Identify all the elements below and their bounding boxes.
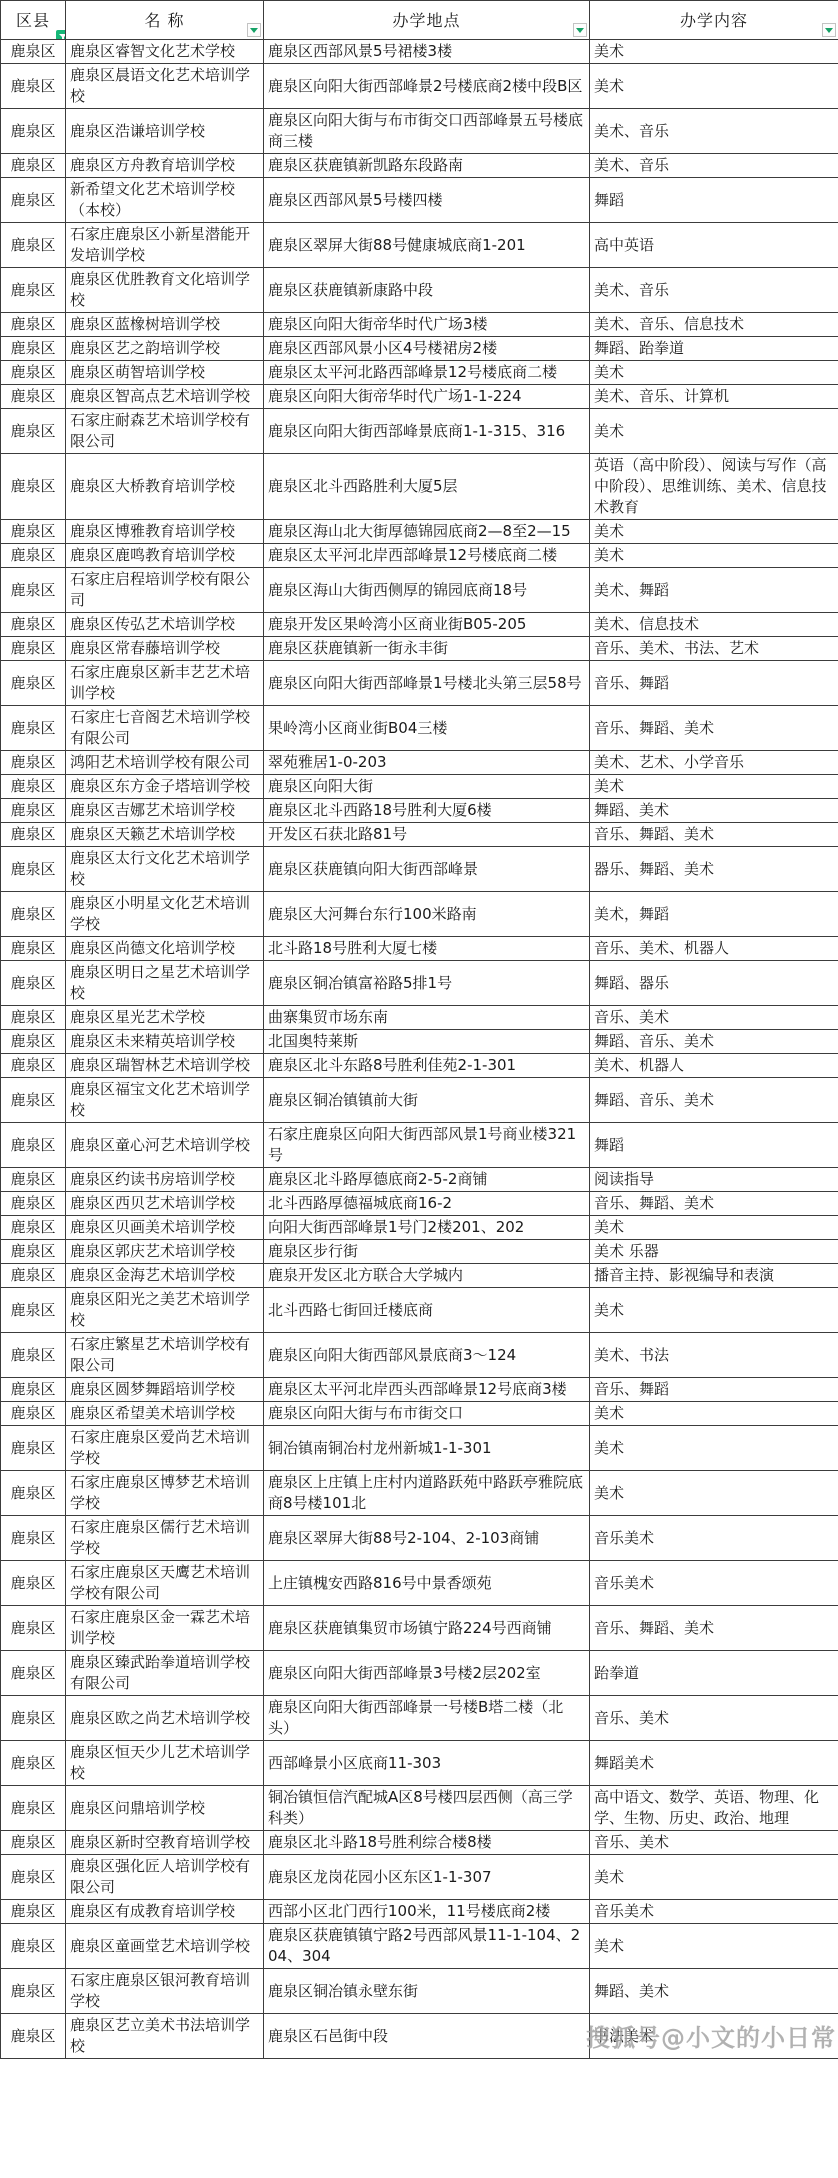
cell-content: 美术、音乐、计算机: [590, 385, 838, 409]
cell-location: 向阳大街西部峰景1号门2楼201、202: [264, 1216, 590, 1240]
cell-district: 鹿泉区: [1, 1168, 66, 1192]
table-row: 鹿泉区鹿泉区金海艺术培训学校鹿泉开发区北方联合大学城内播音主持、影视编导和表演: [1, 1264, 838, 1288]
cell-name: 石家庄鹿泉区爱尚艺术培训学校: [66, 1426, 264, 1471]
cell-location: 鹿泉开发区果岭湾小区商业街B05-205: [264, 613, 590, 637]
cell-district: 鹿泉区: [1, 337, 66, 361]
cell-content: 音乐、美术: [590, 1696, 838, 1741]
cell-name: 鹿泉区大桥教育培训学校: [66, 454, 264, 520]
cell-content: 跆拳道: [590, 1651, 838, 1696]
cell-district: 鹿泉区: [1, 1696, 66, 1741]
cell-district: 鹿泉区: [1, 1216, 66, 1240]
cell-district: 鹿泉区: [1, 1123, 66, 1168]
cell-district: 鹿泉区: [1, 1240, 66, 1264]
cell-district: 鹿泉区: [1, 1402, 66, 1426]
cell-district: 鹿泉区: [1, 1378, 66, 1402]
cell-name: 鹿泉区金海艺术培训学校: [66, 1264, 264, 1288]
cell-content: 音乐、美术: [590, 1831, 838, 1855]
cell-name: 石家庄启程培训学校有限公司: [66, 568, 264, 613]
cell-content: 美术: [590, 544, 838, 568]
cell-content: 美术: [590, 64, 838, 109]
table-row: 鹿泉区鹿泉区鹿鸣教育培训学校鹿泉区太平河北岸西部峰景12号楼底商二楼美术: [1, 544, 838, 568]
cell-location: 鹿泉区向阳大街帝华时代广场3楼: [264, 313, 590, 337]
cell-location: 鹿泉区翠屏大街88号2-104、2-103商铺: [264, 1516, 590, 1561]
cell-name: 鹿泉区优胜教育文化培训学校: [66, 268, 264, 313]
table-row: 鹿泉区石家庄鹿泉区银河教育培训学校鹿泉区铜冶镇永壁东街舞蹈、美术: [1, 1969, 838, 2014]
cell-district: 鹿泉区: [1, 1855, 66, 1900]
cell-district: 鹿泉区: [1, 1288, 66, 1333]
cell-name: 鹿泉区贝画美术培训学校: [66, 1216, 264, 1240]
cell-content: 美术、机器人: [590, 1054, 838, 1078]
cell-location: 鹿泉区北斗路18号胜利综合楼8楼: [264, 1831, 590, 1855]
cell-name: 鹿泉区明日之星艺术培训学校: [66, 961, 264, 1006]
table-row: 鹿泉区石家庄鹿泉区博梦艺术培训学校鹿泉区上庄镇上庄村内道路跃苑中路跃亭雅院底商8…: [1, 1471, 838, 1516]
cell-name: 石家庄鹿泉区儒行艺术培训学校: [66, 1516, 264, 1561]
cell-location: 鹿泉区获鹿镇镇宁路2号西部风景11-1-104、204、304: [264, 1924, 590, 1969]
cell-district: 鹿泉区: [1, 154, 66, 178]
cell-district: 鹿泉区: [1, 1969, 66, 2014]
cell-name: 鹿泉区希望美术培训学校: [66, 1402, 264, 1426]
cell-district: 鹿泉区: [1, 937, 66, 961]
cell-name: 鹿泉区未来精英培训学校: [66, 1030, 264, 1054]
cell-location: 鹿泉区西部风景5号裙楼3楼: [264, 40, 590, 64]
cell-district: 鹿泉区: [1, 268, 66, 313]
cell-content: 舞蹈、音乐、美术: [590, 1030, 838, 1054]
cell-district: 鹿泉区: [1, 1078, 66, 1123]
cell-content: 舞蹈、跆拳道: [590, 337, 838, 361]
table-row: 鹿泉区鹿泉区博雅教育培训学校鹿泉区海山北大街厚德锦园底商2—8至2—15美术: [1, 520, 838, 544]
header-content: 办学内容: [590, 1, 838, 40]
cell-location: 鹿泉区向阳大街西部峰景3号楼2层202室: [264, 1651, 590, 1696]
cell-location: 鹿泉区获鹿镇向阳大街西部峰景: [264, 847, 590, 892]
cell-district: 鹿泉区: [1, 109, 66, 154]
cell-name: 鹿泉区吉娜艺术培训学校: [66, 799, 264, 823]
header-name: 名 称: [66, 1, 264, 40]
cell-district: 鹿泉区: [1, 2014, 66, 2059]
cell-content: 美术: [590, 1855, 838, 1900]
table-row: 鹿泉区石家庄鹿泉区爱尚艺术培训学校铜冶镇南铜冶村龙州新城1-1-301美术: [1, 1426, 838, 1471]
table-row: 鹿泉区鹿泉区星光艺术学校曲寨集贸市场东南音乐、美术: [1, 1006, 838, 1030]
cell-district: 鹿泉区: [1, 1333, 66, 1378]
table-row: 鹿泉区鹿泉区新时空教育培训学校鹿泉区北斗路18号胜利综合楼8楼音乐、美术: [1, 1831, 838, 1855]
cell-content: 音乐美术: [590, 1900, 838, 1924]
header-location-label: 办学地点: [392, 11, 460, 30]
cell-location: 西部峰景小区底商11-303: [264, 1741, 590, 1786]
cell-content: 书法美术: [590, 2014, 838, 2059]
location-filter-dropdown-button[interactable]: [573, 23, 587, 37]
cell-district: 鹿泉区: [1, 1924, 66, 1969]
table-row: 鹿泉区鹿泉区天籁艺术培训学校开发区石获北路81号音乐、舞蹈、美术: [1, 823, 838, 847]
cell-name: 鹿泉区蓝橡树培训学校: [66, 313, 264, 337]
cell-name: 鹿泉区新时空教育培训学校: [66, 1831, 264, 1855]
cell-district: 鹿泉区: [1, 568, 66, 613]
table-row: 鹿泉区鹿泉区贝画美术培训学校向阳大街西部峰景1号门2楼201、202美术: [1, 1216, 838, 1240]
cell-content: 美术、音乐、信息技术: [590, 313, 838, 337]
cell-location: 翠苑雅居1-0-203: [264, 751, 590, 775]
cell-location: 鹿泉区铜冶镇镇前大街: [264, 1078, 590, 1123]
table-row: 鹿泉区鹿泉区圆梦舞蹈培训学校鹿泉区太平河北岸西头西部峰景12号底商3楼音乐、舞蹈: [1, 1378, 838, 1402]
cell-district: 鹿泉区: [1, 385, 66, 409]
cell-location: 鹿泉区向阳大街西部风景底商3～124: [264, 1333, 590, 1378]
table-row: 鹿泉区鹿泉区方舟教育培训学校鹿泉区获鹿镇新凯路东段路南美术、音乐: [1, 154, 838, 178]
cell-location: 鹿泉区翠屏大街88号健康城底商1-201: [264, 223, 590, 268]
cell-name: 鹿泉区圆梦舞蹈培训学校: [66, 1378, 264, 1402]
cell-name: 鹿泉区方舟教育培训学校: [66, 154, 264, 178]
cell-district: 鹿泉区: [1, 775, 66, 799]
funnel-icon: [59, 33, 66, 40]
cell-content: 美术: [590, 1402, 838, 1426]
cell-content: 英语（高中阶段）、阅读与写作（高中阶段）、思维训练、美术、信息技术教育: [590, 454, 838, 520]
cell-name: 石家庄鹿泉区天鹰艺术培训学校有限公司: [66, 1561, 264, 1606]
cell-location: 鹿泉区向阳大街与布市街交口西部峰景五号楼底商三楼: [264, 109, 590, 154]
cell-content: 阅读指导: [590, 1168, 838, 1192]
table-row: 鹿泉区新希望文化艺术培训学校（本校）鹿泉区西部风景5号楼四楼舞蹈: [1, 178, 838, 223]
cell-content: 美术: [590, 1216, 838, 1240]
table-row: 鹿泉区石家庄鹿泉区儒行艺术培训学校鹿泉区翠屏大街88号2-104、2-103商铺…: [1, 1516, 838, 1561]
cell-location: 鹿泉区铜冶镇富裕路5排1号: [264, 961, 590, 1006]
cell-name: 鹿泉区郭庆艺术培训学校: [66, 1240, 264, 1264]
cell-content: 美术、艺术、小学音乐: [590, 751, 838, 775]
table-row: 鹿泉区鹿泉区艺之韵培训学校鹿泉区西部风景小区4号楼裙房2楼舞蹈、跆拳道: [1, 337, 838, 361]
cell-content: 音乐、舞蹈、美术: [590, 1192, 838, 1216]
cell-content: 美术: [590, 361, 838, 385]
cell-content: 美术: [590, 775, 838, 799]
cell-district: 鹿泉区: [1, 1471, 66, 1516]
cell-district: 鹿泉区: [1, 313, 66, 337]
cell-location: 鹿泉区向阳大街与布市街交口: [264, 1402, 590, 1426]
cell-name: 鹿泉区星光艺术学校: [66, 1006, 264, 1030]
table-row: 鹿泉区鹿泉区臻武跆拳道培训学校有限公司鹿泉区向阳大街西部峰景3号楼2层202室跆…: [1, 1651, 838, 1696]
cell-location: 鹿泉区获鹿镇新一街永丰街: [264, 637, 590, 661]
table-row: 鹿泉区鹿泉区萌智培训学校鹿泉区太平河北路西部峰景12号楼底商二楼美术: [1, 361, 838, 385]
cell-name: 鹿泉区睿智文化艺术学校: [66, 40, 264, 64]
cell-name: 鹿泉区强化匠人培训学校有限公司: [66, 1855, 264, 1900]
cell-name: 鹿泉区恒天少儿艺术培训学校: [66, 1741, 264, 1786]
content-filter-dropdown-button[interactable]: [822, 23, 836, 37]
table-row: 鹿泉区鹿泉区艺立美术书法培训学校鹿泉区石邑街中段书法美术: [1, 2014, 838, 2059]
cell-district: 鹿泉区: [1, 1651, 66, 1696]
cell-district: 鹿泉区: [1, 661, 66, 706]
table-row: 鹿泉区石家庄鹿泉区天鹰艺术培训学校有限公司上庄镇槐安西路816号中景香颂苑音乐美…: [1, 1561, 838, 1606]
cell-name: 鹿泉区博雅教育培训学校: [66, 520, 264, 544]
cell-content: 舞蹈、美术: [590, 1969, 838, 2014]
cell-location: 鹿泉区龙岗花园小区东区1-1-307: [264, 1855, 590, 1900]
cell-content: 美术、音乐: [590, 109, 838, 154]
district-filter-applied-button[interactable]: [56, 30, 66, 40]
cell-location: 鹿泉区获鹿镇新凯路东段路南: [264, 154, 590, 178]
cell-district: 鹿泉区: [1, 223, 66, 268]
cell-location: 鹿泉区获鹿镇集贸市场镇宁路224号西商铺: [264, 1606, 590, 1651]
cell-district: 鹿泉区: [1, 409, 66, 454]
table-row: 鹿泉区鹿泉区晨语文化艺术培训学校鹿泉区向阳大街西部峰景2号楼底商2楼中段B区美术: [1, 64, 838, 109]
table-row: 鹿泉区鸿阳艺术培训学校有限公司翠苑雅居1-0-203美术、艺术、小学音乐: [1, 751, 838, 775]
cell-name: 石家庄鹿泉区新丰艺艺术培训学校: [66, 661, 264, 706]
cell-district: 鹿泉区: [1, 544, 66, 568]
table-row: 鹿泉区鹿泉区传弘艺术培训学校鹿泉开发区果岭湾小区商业街B05-205美术、信息技…: [1, 613, 838, 637]
table-row: 鹿泉区鹿泉区强化匠人培训学校有限公司鹿泉区龙岗花园小区东区1-1-307美术: [1, 1855, 838, 1900]
header-district: 区县: [1, 1, 66, 40]
cell-content: 高中语文、数学、英语、物理、化学、生物、历史、政治、地理: [590, 1786, 838, 1831]
cell-location: 鹿泉区海山北大街厚德锦园底商2—8至2—15: [264, 520, 590, 544]
cell-name: 石家庄繁星艺术培训学校有限公司: [66, 1333, 264, 1378]
cell-name: 石家庄鹿泉区小新星潜能开发培训学校: [66, 223, 264, 268]
training-schools-table: 区县 名 称 办学地点: [0, 0, 838, 2059]
cell-content: 音乐美术: [590, 1516, 838, 1561]
cell-content: 音乐、舞蹈: [590, 661, 838, 706]
cell-content: 音乐、舞蹈、美术: [590, 1606, 838, 1651]
cell-name: 鹿泉区太行文化艺术培训学校: [66, 847, 264, 892]
cell-content: 舞蹈、美术: [590, 799, 838, 823]
cell-content: 美术: [590, 1924, 838, 1969]
table-row: 鹿泉区鹿泉区尚德文化培训学校北斗路18号胜利大厦七楼音乐、美术、机器人: [1, 937, 838, 961]
cell-content: 高中英语: [590, 223, 838, 268]
table-row: 鹿泉区鹿泉区常春藤培训学校鹿泉区获鹿镇新一街永丰街音乐、美术、书法、艺术: [1, 637, 838, 661]
cell-location: 鹿泉区铜冶镇永壁东街: [264, 1969, 590, 2014]
cell-content: 音乐、美术: [590, 1006, 838, 1030]
cell-location: 鹿泉区获鹿镇新康路中段: [264, 268, 590, 313]
table-row: 鹿泉区鹿泉区睿智文化艺术学校鹿泉区西部风景5号裙楼3楼美术: [1, 40, 838, 64]
cell-name: 鹿泉区智高点艺术培训学校: [66, 385, 264, 409]
cell-district: 鹿泉区: [1, 892, 66, 937]
name-filter-dropdown-button[interactable]: [247, 23, 261, 37]
table-row: 鹿泉区鹿泉区郭庆艺术培训学校鹿泉区步行街美术 乐器: [1, 1240, 838, 1264]
cell-location: 鹿泉区太平河北岸西部峰景12号楼底商二楼: [264, 544, 590, 568]
cell-location: 铜冶镇恒信汽配城A区8号楼四层西侧（高三学科类）: [264, 1786, 590, 1831]
cell-content: 美术、音乐: [590, 268, 838, 313]
cell-district: 鹿泉区: [1, 1900, 66, 1924]
cell-district: 鹿泉区: [1, 637, 66, 661]
cell-district: 鹿泉区: [1, 706, 66, 751]
cell-content: 美术、书法: [590, 1333, 838, 1378]
cell-name: 石家庄七音阁艺术培训学校有限公司: [66, 706, 264, 751]
cell-district: 鹿泉区: [1, 361, 66, 385]
cell-location: 鹿泉区步行街: [264, 1240, 590, 1264]
cell-name: 鸿阳艺术培训学校有限公司: [66, 751, 264, 775]
table-row: 鹿泉区鹿泉区明日之星艺术培训学校鹿泉区铜冶镇富裕路5排1号舞蹈、器乐: [1, 961, 838, 1006]
cell-content: 音乐美术: [590, 1561, 838, 1606]
table-row: 鹿泉区鹿泉区浩谦培训学校鹿泉区向阳大街与布市街交口西部峰景五号楼底商三楼美术、音…: [1, 109, 838, 154]
cell-name: 石家庄鹿泉区银河教育培训学校: [66, 1969, 264, 2014]
cell-location: 鹿泉区向阳大街帝华时代广场1-1-224: [264, 385, 590, 409]
table-row: 鹿泉区鹿泉区福宝文化艺术培训学校鹿泉区铜冶镇镇前大街舞蹈、音乐、美术: [1, 1078, 838, 1123]
cell-content: 美术、信息技术: [590, 613, 838, 637]
cell-name: 鹿泉区瑞智林艺术培训学校: [66, 1054, 264, 1078]
cell-district: 鹿泉区: [1, 1786, 66, 1831]
table-row: 鹿泉区鹿泉区东方金子塔培训学校鹿泉区向阳大街美术: [1, 775, 838, 799]
cell-location: 鹿泉区北斗西路胜利大厦5层: [264, 454, 590, 520]
cell-location: 曲寨集贸市场东南: [264, 1006, 590, 1030]
cell-district: 鹿泉区: [1, 1264, 66, 1288]
cell-name: 鹿泉区浩谦培训学校: [66, 109, 264, 154]
cell-name: 鹿泉区东方金子塔培训学校: [66, 775, 264, 799]
cell-name: 鹿泉区阳光之美艺术培训学校: [66, 1288, 264, 1333]
table-row: 鹿泉区鹿泉区小明星文化艺术培训学校鹿泉区大河舞台东行100米路南美术，舞蹈: [1, 892, 838, 937]
table-row: 鹿泉区鹿泉区大桥教育培训学校鹿泉区北斗西路胜利大厦5层英语（高中阶段）、阅读与写…: [1, 454, 838, 520]
table-row: 鹿泉区鹿泉区希望美术培训学校鹿泉区向阳大街与布市街交口美术: [1, 1402, 838, 1426]
cell-name: 鹿泉区童画堂艺术培训学校: [66, 1924, 264, 1969]
cell-location: 鹿泉区北斗路厚德底商2-5-2商铺: [264, 1168, 590, 1192]
cell-district: 鹿泉区: [1, 520, 66, 544]
header-row: 区县 名 称 办学地点: [1, 1, 838, 40]
table-row: 鹿泉区鹿泉区蓝橡树培训学校鹿泉区向阳大街帝华时代广场3楼美术、音乐、信息技术: [1, 313, 838, 337]
cell-name: 鹿泉区天籁艺术培训学校: [66, 823, 264, 847]
cell-district: 鹿泉区: [1, 751, 66, 775]
cell-name: 鹿泉区传弘艺术培训学校: [66, 613, 264, 637]
cell-location: 鹿泉区上庄镇上庄村内道路跃苑中路跃亭雅院底商8号楼101北: [264, 1471, 590, 1516]
cell-location: 鹿泉区太平河北岸西头西部峰景12号底商3楼: [264, 1378, 590, 1402]
cell-name: 鹿泉区常春藤培训学校: [66, 637, 264, 661]
cell-content: 美术: [590, 1288, 838, 1333]
cell-location: 鹿泉区大河舞台东行100米路南: [264, 892, 590, 937]
table-row: 鹿泉区石家庄鹿泉区新丰艺艺术培训学校鹿泉区向阳大街西部峰景1号楼北头第三层58号…: [1, 661, 838, 706]
cell-district: 鹿泉区: [1, 1516, 66, 1561]
table-row: 鹿泉区鹿泉区欧之尚艺术培训学校鹿泉区向阳大街西部峰景一号楼B塔二楼（北头）音乐、…: [1, 1696, 838, 1741]
cell-location: 鹿泉区西部风景5号楼四楼: [264, 178, 590, 223]
table-row: 鹿泉区鹿泉区未来精英培训学校北国奥特莱斯舞蹈、音乐、美术: [1, 1030, 838, 1054]
header-location: 办学地点: [264, 1, 590, 40]
cell-name: 鹿泉区晨语文化艺术培训学校: [66, 64, 264, 109]
cell-content: 美术、音乐: [590, 154, 838, 178]
table-row: 鹿泉区鹿泉区童画堂艺术培训学校鹿泉区获鹿镇镇宁路2号西部风景11-1-104、2…: [1, 1924, 838, 1969]
table-body: 鹿泉区鹿泉区睿智文化艺术学校鹿泉区西部风景5号裙楼3楼美术鹿泉区鹿泉区晨语文化艺…: [1, 40, 838, 2059]
cell-name: 鹿泉区福宝文化艺术培训学校: [66, 1078, 264, 1123]
data-table: 区县 名 称 办学地点: [0, 0, 838, 2059]
cell-location: 鹿泉区石邑街中段: [264, 2014, 590, 2059]
cell-location: 鹿泉区北斗东路8号胜利佳苑2-1-301: [264, 1054, 590, 1078]
cell-district: 鹿泉区: [1, 799, 66, 823]
cell-location: 鹿泉区向阳大街: [264, 775, 590, 799]
header-name-label: 名 称: [144, 11, 184, 30]
table-row: 鹿泉区鹿泉区瑞智林艺术培训学校鹿泉区北斗东路8号胜利佳苑2-1-301美术、机器…: [1, 1054, 838, 1078]
table-row: 鹿泉区鹿泉区西贝艺术培训学校北斗西路厚德福城底商16-2音乐、舞蹈、美术: [1, 1192, 838, 1216]
table-row: 鹿泉区鹿泉区智高点艺术培训学校鹿泉区向阳大街帝华时代广场1-1-224美术、音乐…: [1, 385, 838, 409]
header-district-label: 区县: [16, 11, 50, 30]
cell-content: 舞蹈: [590, 1123, 838, 1168]
table-row: 鹿泉区鹿泉区太行文化艺术培训学校鹿泉区获鹿镇向阳大街西部峰景器乐、舞蹈、美术: [1, 847, 838, 892]
cell-content: 美术: [590, 1471, 838, 1516]
header-content-label: 办学内容: [680, 11, 748, 30]
cell-content: 美术 乐器: [590, 1240, 838, 1264]
cell-name: 鹿泉区艺之韵培训学校: [66, 337, 264, 361]
cell-content: 音乐、舞蹈、美术: [590, 706, 838, 751]
cell-location: 北斗路18号胜利大厦七楼: [264, 937, 590, 961]
cell-location: 北斗西路七街回迁楼底商: [264, 1288, 590, 1333]
cell-content: 舞蹈、音乐、美术: [590, 1078, 838, 1123]
table-row: 鹿泉区鹿泉区约读书房培训学校鹿泉区北斗路厚德底商2-5-2商铺阅读指导: [1, 1168, 838, 1192]
chevron-down-icon: [250, 28, 258, 33]
cell-district: 鹿泉区: [1, 847, 66, 892]
cell-location: 北国奥特莱斯: [264, 1030, 590, 1054]
cell-name: 鹿泉区欧之尚艺术培训学校: [66, 1696, 264, 1741]
cell-name: 鹿泉区尚德文化培训学校: [66, 937, 264, 961]
cell-district: 鹿泉区: [1, 1561, 66, 1606]
cell-district: 鹿泉区: [1, 454, 66, 520]
cell-content: 舞蹈、器乐: [590, 961, 838, 1006]
cell-name: 鹿泉区有成教育培训学校: [66, 1900, 264, 1924]
cell-location: 鹿泉区海山大街西侧厚的锦园底商18号: [264, 568, 590, 613]
table-row: 鹿泉区石家庄耐森艺术培训学校有限公司鹿泉区向阳大街西部峰景底商1-1-315、3…: [1, 409, 838, 454]
cell-content: 音乐、舞蹈: [590, 1378, 838, 1402]
table-row: 鹿泉区石家庄鹿泉区金一霖艺术培训学校鹿泉区获鹿镇集贸市场镇宁路224号西商铺音乐…: [1, 1606, 838, 1651]
cell-location: 北斗西路厚德福城底商16-2: [264, 1192, 590, 1216]
cell-location: 鹿泉区北斗西路18号胜利大厦6楼: [264, 799, 590, 823]
cell-name: 鹿泉区约读书房培训学校: [66, 1168, 264, 1192]
cell-district: 鹿泉区: [1, 1192, 66, 1216]
cell-content: 器乐、舞蹈、美术: [590, 847, 838, 892]
cell-name: 石家庄鹿泉区博梦艺术培训学校: [66, 1471, 264, 1516]
cell-district: 鹿泉区: [1, 1030, 66, 1054]
cell-location: 上庄镇槐安西路816号中景香颂苑: [264, 1561, 590, 1606]
table-row: 鹿泉区鹿泉区优胜教育文化培训学校鹿泉区获鹿镇新康路中段美术、音乐: [1, 268, 838, 313]
cell-location: 石家庄鹿泉区向阳大街西部风景1号商业楼321号: [264, 1123, 590, 1168]
table-header: 区县 名 称 办学地点: [1, 1, 838, 40]
cell-name: 石家庄鹿泉区金一霖艺术培训学校: [66, 1606, 264, 1651]
cell-name: 鹿泉区问鼎培训学校: [66, 1786, 264, 1831]
table-row: 鹿泉区石家庄七音阁艺术培训学校有限公司果岭湾小区商业街B04三楼音乐、舞蹈、美术: [1, 706, 838, 751]
cell-district: 鹿泉区: [1, 613, 66, 637]
cell-location: 鹿泉区太平河北路西部峰景12号楼底商二楼: [264, 361, 590, 385]
table-row: 鹿泉区石家庄鹿泉区小新星潜能开发培训学校鹿泉区翠屏大街88号健康城底商1-201…: [1, 223, 838, 268]
chevron-down-icon: [825, 28, 833, 33]
cell-content: 美术: [590, 520, 838, 544]
cell-district: 鹿泉区: [1, 1606, 66, 1651]
cell-content: 美术: [590, 40, 838, 64]
cell-name: 鹿泉区臻武跆拳道培训学校有限公司: [66, 1651, 264, 1696]
cell-location: 鹿泉区向阳大街西部峰景底商1-1-315、316: [264, 409, 590, 454]
cell-district: 鹿泉区: [1, 178, 66, 223]
cell-district: 鹿泉区: [1, 823, 66, 847]
cell-district: 鹿泉区: [1, 1831, 66, 1855]
table-row: 鹿泉区鹿泉区问鼎培训学校铜冶镇恒信汽配城A区8号楼四层西侧（高三学科类）高中语文…: [1, 1786, 838, 1831]
cell-content: 美术、舞蹈: [590, 568, 838, 613]
cell-name: 鹿泉区西贝艺术培训学校: [66, 1192, 264, 1216]
cell-content: 美术: [590, 1426, 838, 1471]
cell-location: 鹿泉区向阳大街西部峰景一号楼B塔二楼（北头）: [264, 1696, 590, 1741]
cell-location: 鹿泉区西部风景小区4号楼裙房2楼: [264, 337, 590, 361]
cell-location: 鹿泉开发区北方联合大学城内: [264, 1264, 590, 1288]
cell-name: 石家庄耐森艺术培训学校有限公司: [66, 409, 264, 454]
table-row: 鹿泉区石家庄繁星艺术培训学校有限公司鹿泉区向阳大街西部风景底商3～124美术、书…: [1, 1333, 838, 1378]
cell-content: 舞蹈美术: [590, 1741, 838, 1786]
cell-name: 鹿泉区艺立美术书法培训学校: [66, 2014, 264, 2059]
cell-name: 鹿泉区鹿鸣教育培训学校: [66, 544, 264, 568]
cell-district: 鹿泉区: [1, 961, 66, 1006]
table-row: 鹿泉区鹿泉区童心河艺术培训学校石家庄鹿泉区向阳大街西部风景1号商业楼321号舞蹈: [1, 1123, 838, 1168]
table-row: 鹿泉区石家庄启程培训学校有限公司鹿泉区海山大街西侧厚的锦园底商18号美术、舞蹈: [1, 568, 838, 613]
cell-content: 美术: [590, 409, 838, 454]
cell-content: 音乐、舞蹈、美术: [590, 823, 838, 847]
cell-location: 果岭湾小区商业街B04三楼: [264, 706, 590, 751]
cell-district: 鹿泉区: [1, 1006, 66, 1030]
cell-name: 鹿泉区小明星文化艺术培训学校: [66, 892, 264, 937]
table-row: 鹿泉区鹿泉区吉娜艺术培训学校鹿泉区北斗西路18号胜利大厦6楼舞蹈、美术: [1, 799, 838, 823]
cell-district: 鹿泉区: [1, 40, 66, 64]
table-row: 鹿泉区鹿泉区有成教育培训学校西部小区北门西行100米，11号楼底商2楼音乐美术: [1, 1900, 838, 1924]
cell-district: 鹿泉区: [1, 1054, 66, 1078]
cell-name: 鹿泉区萌智培训学校: [66, 361, 264, 385]
cell-district: 鹿泉区: [1, 64, 66, 109]
cell-content: 音乐、美术、书法、艺术: [590, 637, 838, 661]
cell-content: 舞蹈: [590, 178, 838, 223]
cell-district: 鹿泉区: [1, 1426, 66, 1471]
cell-content: 美术，舞蹈: [590, 892, 838, 937]
cell-location: 铜冶镇南铜冶村龙州新城1-1-301: [264, 1426, 590, 1471]
cell-content: 音乐、美术、机器人: [590, 937, 838, 961]
cell-location: 西部小区北门西行100米，11号楼底商2楼: [264, 1900, 590, 1924]
cell-name: 新希望文化艺术培训学校（本校）: [66, 178, 264, 223]
cell-location: 鹿泉区向阳大街西部峰景2号楼底商2楼中段B区: [264, 64, 590, 109]
cell-content: 播音主持、影视编导和表演: [590, 1264, 838, 1288]
table-row: 鹿泉区鹿泉区恒天少儿艺术培训学校西部峰景小区底商11-303舞蹈美术: [1, 1741, 838, 1786]
